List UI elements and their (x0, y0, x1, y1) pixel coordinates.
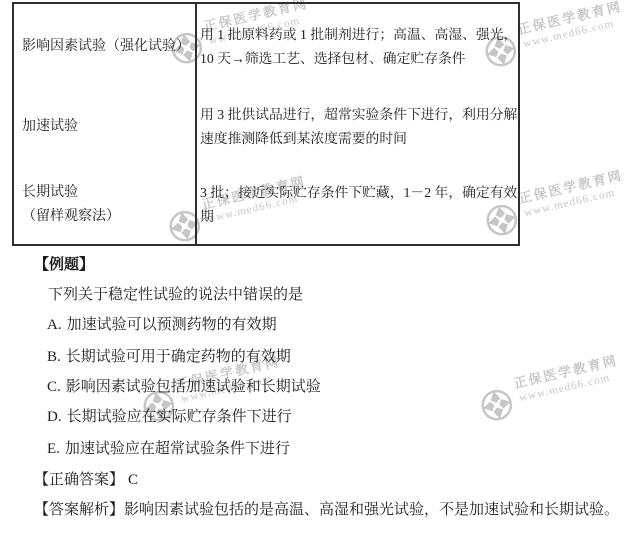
watermark-brand-text: 正保医学教育网 (516, 0, 624, 38)
option-letter: E. (47, 441, 60, 457)
option-text: 加速试验应在超常试验条件下进行 (65, 441, 290, 457)
watermark-url-text: www.med66.com (523, 183, 625, 220)
page: { "watermark": { "brand": "正保医学教育网", "ur… (0, 0, 625, 533)
question-stem: 下列关于稳定性试验的说法中错误的是 (48, 287, 303, 304)
cell-line: （留样观察法） (22, 205, 195, 229)
watermark-brand-text: 正保医学教育网 (512, 352, 620, 393)
option-text: 长期试验可用于确定药物的有效期 (66, 349, 291, 365)
option-letter: B. (47, 349, 61, 365)
watermark-url-text: www.med66.com (518, 368, 623, 405)
option-letter: D. (47, 409, 62, 425)
cell-line: 3 批；接近实际贮存条件下贮藏，1－2 年，确定有效 (200, 181, 518, 205)
test-desc-cell: 3 批；接近实际贮存条件下贮藏，1－2 年，确定有效 期 (197, 165, 518, 244)
option-c: C.影响因素试验包括加速试验和长期试验 (47, 379, 321, 396)
cell-line: 用 3 批供试品进行，超常实验条件下进行，利用分解 (200, 103, 518, 127)
option-text: 长期试验应在实际贮存条件下进行 (67, 409, 292, 425)
cell-line: 影响因素试验（强化试验） (22, 35, 195, 59)
option-letter: A. (47, 317, 62, 333)
option-text: 加速试验可以预测药物的有效期 (67, 317, 277, 333)
cell-line: 用 1 批原料药或 1 批制剂进行；高温、高湿、强光， (200, 23, 518, 47)
answer-label: 【正确答案】 (34, 472, 124, 488)
test-name-cell: 长期试验 （留样观察法） (14, 165, 197, 244)
cell-line: 10 天→筛选工艺、选择包材、确定贮存条件 (200, 47, 518, 71)
watermark-brand-text: 正保医学教育网 (517, 167, 625, 208)
option-letter: C. (47, 379, 61, 395)
test-desc-cell: 用 3 批供试品进行，超常实验条件下进行，利用分解 速度推测降低到某浓度需要的时… (197, 89, 518, 165)
option-b: B.长期试验可用于确定药物的有效期 (47, 349, 291, 366)
option-text: 影响因素试验包括加速试验和长期试验 (66, 379, 321, 395)
cell-line: 加速试验 (22, 115, 195, 139)
med66-logo-icon (477, 385, 517, 425)
watermark-url-text: www.med66.com (522, 14, 625, 51)
example-section-label: 【例题】 (34, 257, 94, 274)
cell-line: 长期试验 (22, 181, 195, 205)
option-a: A.加速试验可以预测药物的有效期 (47, 317, 277, 334)
analysis-label: 【答案解析】 (34, 502, 124, 518)
correct-answer-line: 【正确答案】C (34, 472, 138, 489)
option-d: D.长期试验应在实际贮存条件下进行 (47, 409, 292, 426)
answer-analysis-line: 【答案解析】影响因素试验包括的是高温、高湿和强光试验，不是加速试验和长期试验。 (34, 502, 619, 519)
cell-line: 期 (200, 205, 518, 229)
test-name-cell: 影响因素试验（强化试验） (14, 4, 197, 89)
stability-test-table: 影响因素试验（强化试验） 用 1 批原料药或 1 批制剂进行；高温、高湿、强光，… (12, 2, 520, 246)
option-e: E.加速试验应在超常试验条件下进行 (47, 441, 290, 458)
test-desc-cell: 用 1 批原料药或 1 批制剂进行；高温、高湿、强光， 10 天→筛选工艺、选择… (197, 4, 518, 89)
analysis-text: 影响因素试验包括的是高温、高湿和强光试验，不是加速试验和长期试验。 (124, 502, 619, 518)
answer-value: C (128, 472, 138, 488)
watermark-stamp: 正保医学教育网 www.med66.com (475, 352, 625, 425)
cell-line: 速度推测降低到某浓度需要的时间 (200, 127, 518, 151)
test-name-cell: 加速试验 (14, 89, 197, 165)
